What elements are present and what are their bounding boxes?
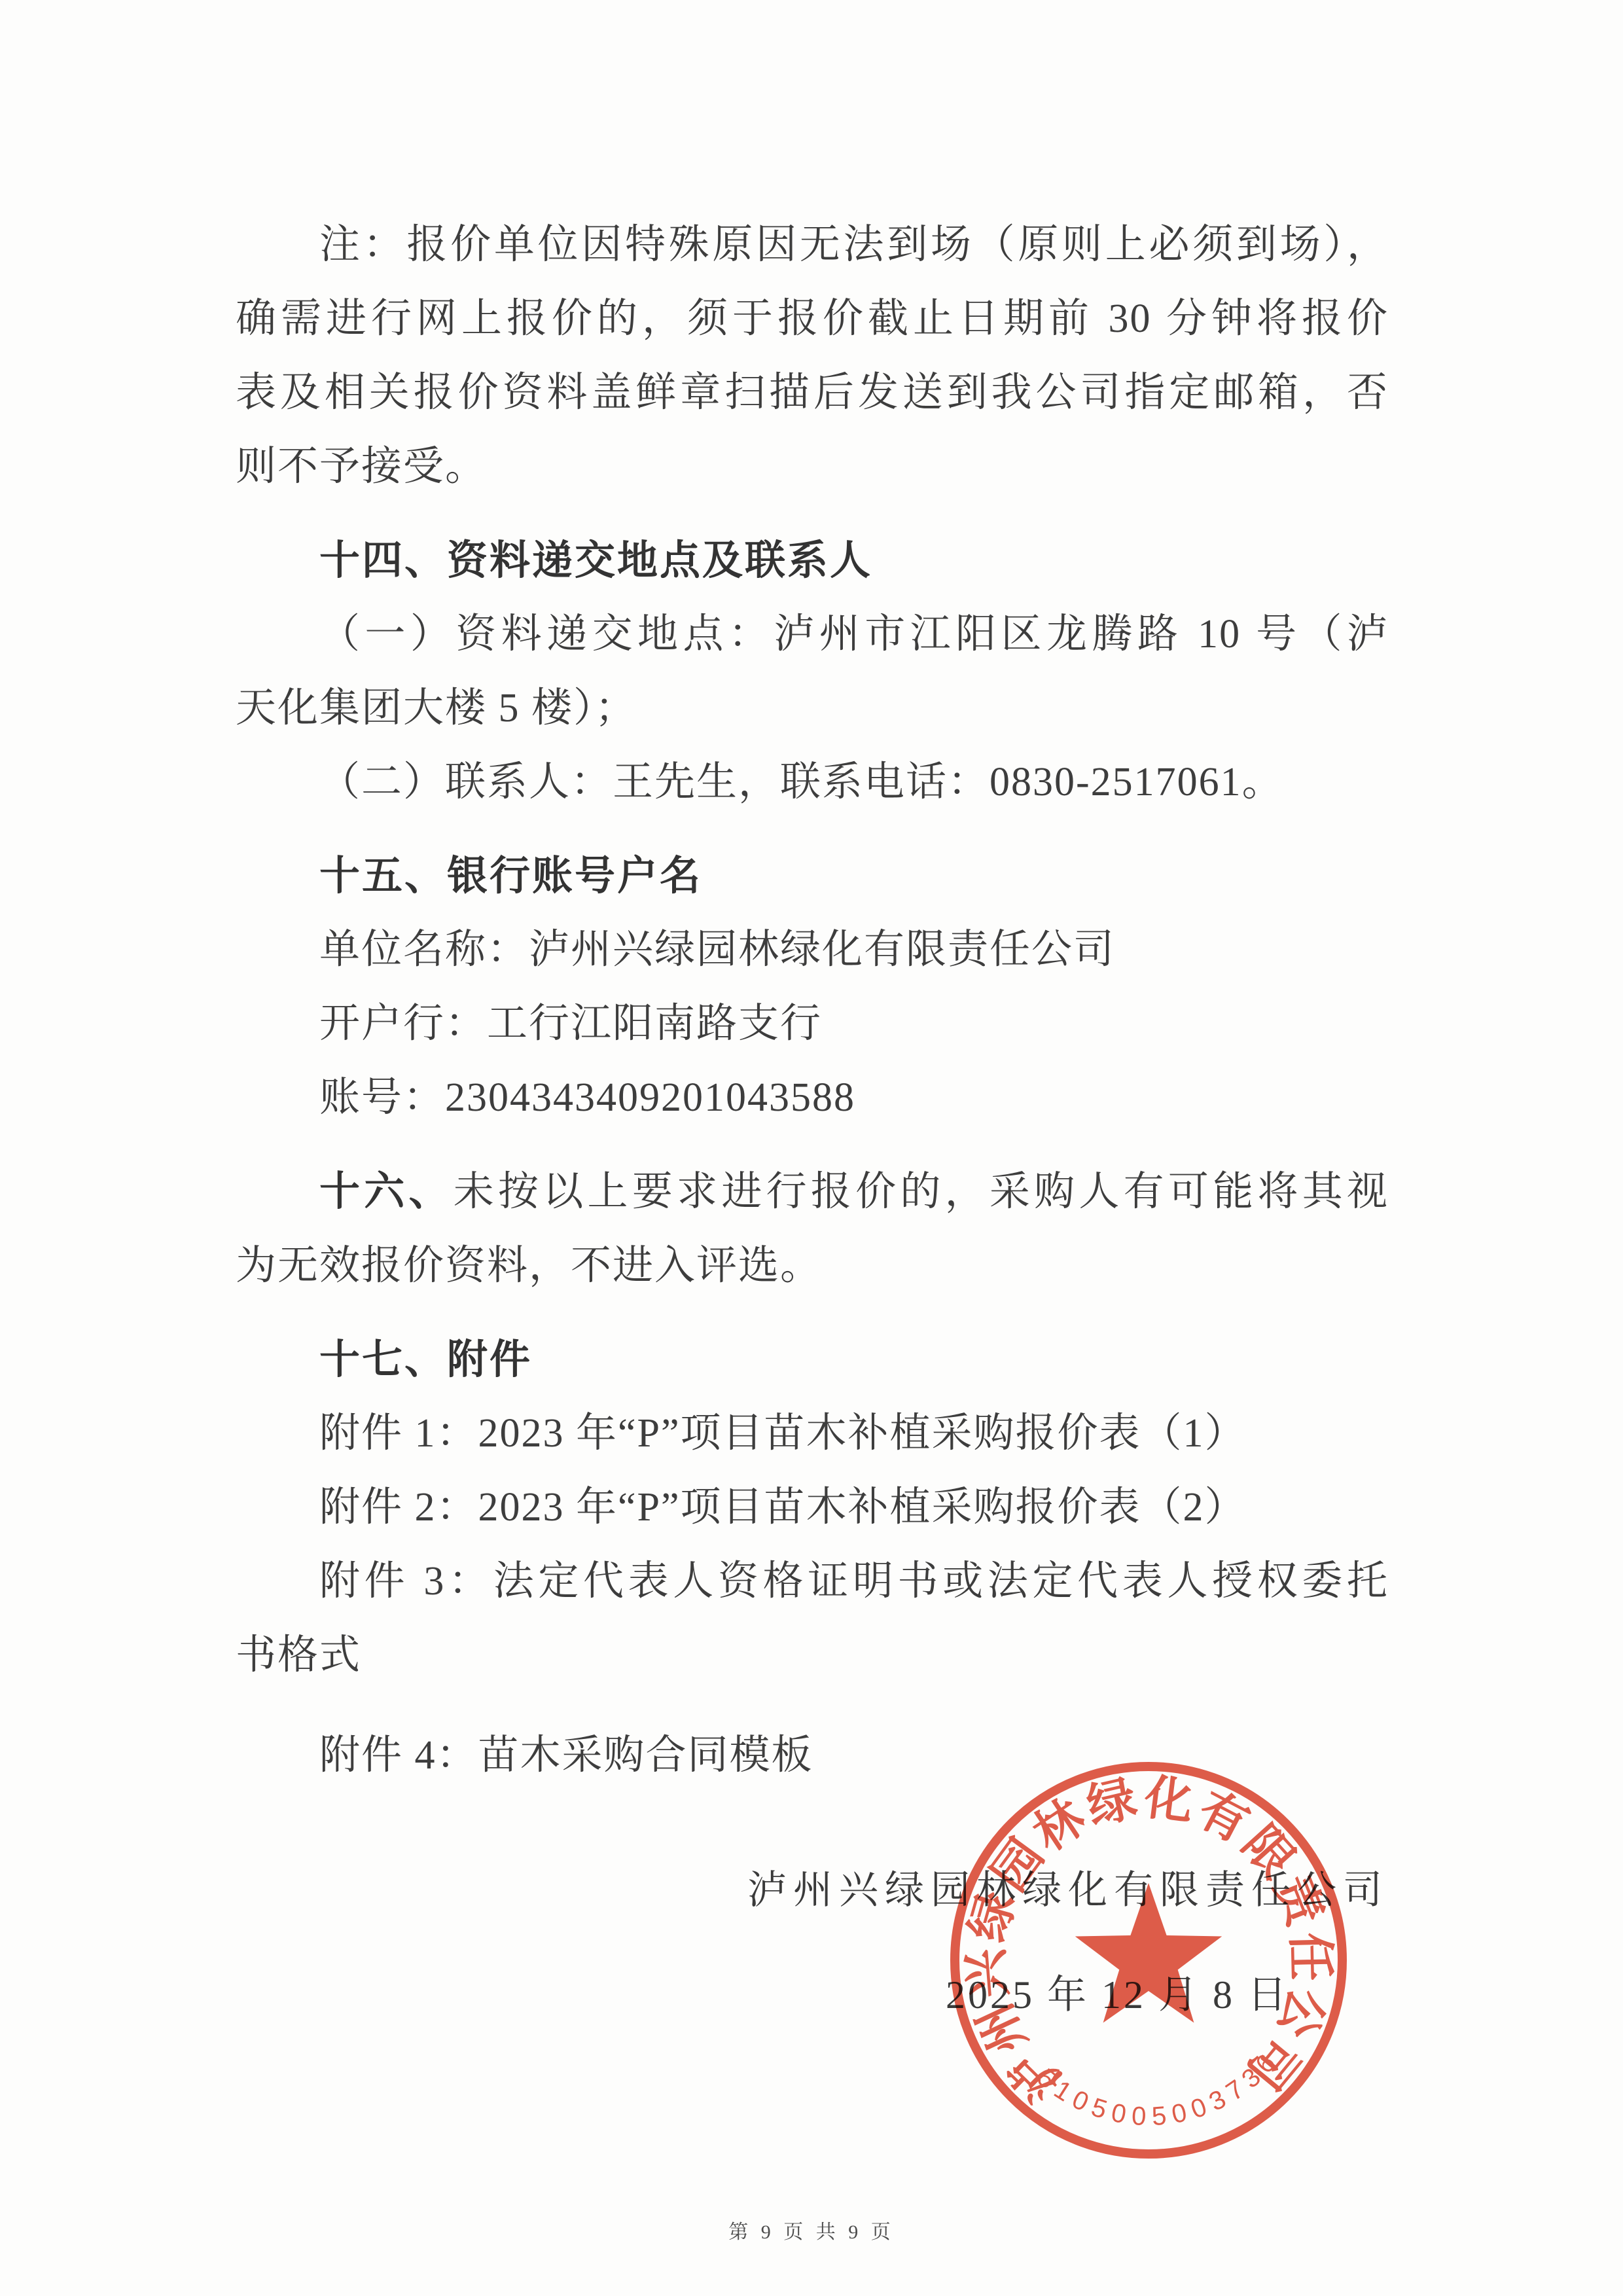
attachment-4: 附件 4：苗木采购合同模板: [236, 1719, 1389, 1793]
document-body: 注：报价单位因特殊原因无法到场（原则上必须到场）， 确需进行网上报价的，须于报价…: [236, 208, 1389, 1793]
section-15-unit-name: 单位名称：泸州兴绿园林绿化有限责任公司: [236, 913, 1389, 987]
section-14-item2: （二）联系人：王先生，联系电话：0830-2517061。: [236, 745, 1389, 819]
seal-number-text: 5105005003736: [1032, 2046, 1284, 2131]
document-page: 注：报价单位因特殊原因无法到场（原则上必须到场）， 确需进行网上报价的，须于报价…: [0, 0, 1623, 2296]
section-15-heading: 十五、银行账号户名: [236, 839, 1389, 913]
section-14-heading: 十四、资料递交地点及联系人: [236, 524, 1389, 598]
section-15-account: 账号：2304343409201043588: [236, 1061, 1389, 1135]
section-15-bank: 开户行：工行江阳南路支行: [236, 987, 1389, 1061]
section-16-number: 十六、: [319, 1169, 454, 1214]
section-16-line2: 为无效报价资料，不进入评选。: [236, 1229, 1389, 1303]
attachment-1: 附件 1：2023 年“P”项目苗木补植采购报价表（1）: [236, 1397, 1389, 1471]
note-line-3: 表及相关报价资料盖鲜章扫描后发送到我公司指定邮箱，否: [236, 356, 1389, 430]
note-line-2: 确需进行网上报价的，须于报价截止日期前 30 分钟将报价: [236, 282, 1389, 356]
section-16-text1: 未按以上要求进行报价的，采购人有可能将其视: [454, 1170, 1389, 1214]
section-14-item1-line2: 天化集团大楼 5 楼）；: [236, 672, 1389, 745]
signature-block: 泸州兴绿园林绿化有限责任公司 2025 年 12 月 8 日: [747, 1857, 1389, 2028]
section-17-heading: 十七、附件: [236, 1323, 1389, 1397]
signature-company-name: 泸州兴绿园林绿化有限责任公司: [747, 1857, 1389, 1923]
note-line-4: 则不予接受。: [236, 430, 1389, 504]
attachment-2: 附件 2：2023 年“P”项目苗木补植采购报价表（2）: [236, 1471, 1389, 1545]
note-line-1: 注：报价单位因特殊原因无法到场（原则上必须到场），: [236, 208, 1389, 282]
attachment-3-line1: 附件 3：法定代表人资格证明书或法定代表人授权委托: [236, 1545, 1389, 1619]
attachment-3-line2: 书格式: [236, 1619, 1389, 1693]
section-14-item1-line1: （一）资料递交地点：泸州市江阳区龙腾路 10 号（泸: [236, 598, 1389, 672]
signature-date: 2025 年 12 月 8 日: [747, 1962, 1289, 2028]
page-footer: 第 9 页 共 9 页: [0, 2215, 1623, 2244]
section-16-line1: 十六、未按以上要求进行报价的，采购人有可能将其视: [236, 1155, 1389, 1229]
